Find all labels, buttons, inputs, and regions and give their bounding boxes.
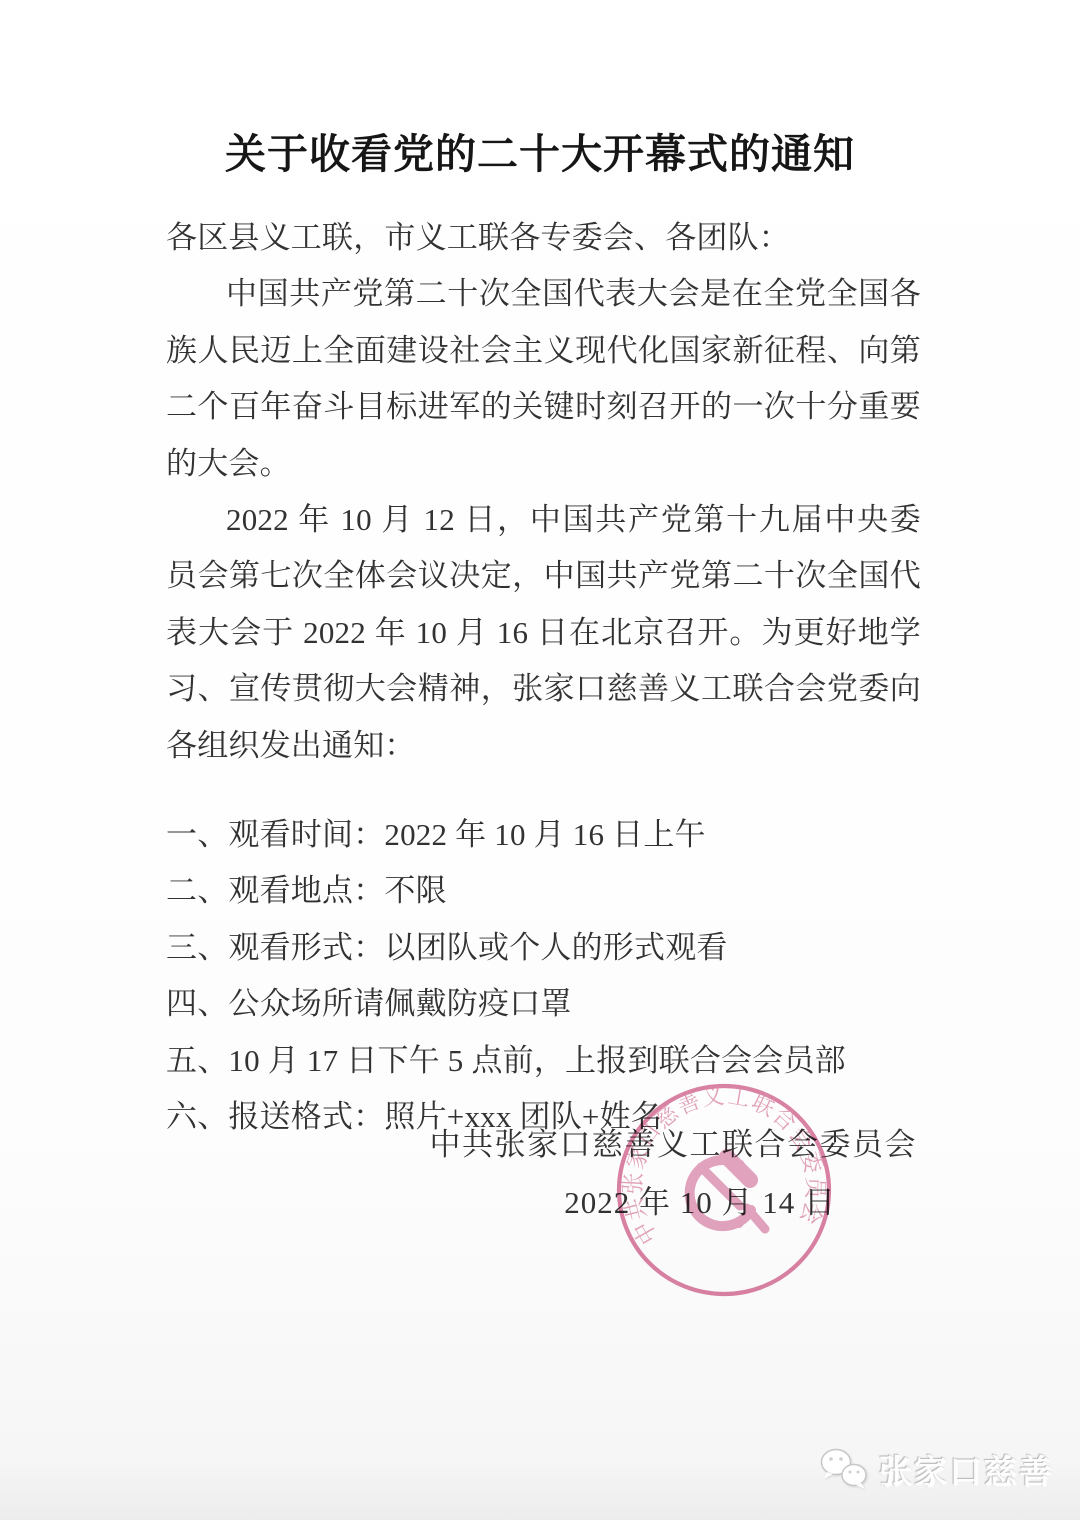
- notice-title: 关于收看党的二十大开幕式的通知: [0, 121, 1080, 180]
- signature-organization: 中共张家口慈善义工联合会委员会: [430, 1117, 918, 1173]
- signature-date: 2022 年 10 月 14 日: [564, 1175, 836, 1231]
- notice-item-5: 五、10 月 17 日下午 5 点前，上报到联合会会员部: [166, 1033, 921, 1089]
- notice-item-3: 三、观看形式：以团队或个人的形式观看: [166, 920, 921, 976]
- notice-item-4: 四、公众场所请佩戴防疫口罩: [166, 976, 921, 1032]
- notice-item-2: 二、观看地点：不限: [166, 863, 921, 919]
- notice-body: 各区县义工联，市义工联各专委会、各团队： 中国共产党第二十次全国代表大会是在全党…: [166, 210, 921, 1146]
- scanned-notice-page: 关于收看党的二十大开幕式的通知 各区县义工联，市义工联各专委会、各团队： 中国共…: [0, 0, 1080, 1520]
- notice-item-1: 一、观看时间：2022 年 10 月 16 日上午: [166, 807, 921, 863]
- watermark: 张家口慈善: [819, 1446, 1054, 1493]
- watermark-label: 张家口慈善: [879, 1446, 1054, 1493]
- paragraph: 2022 年 10 月 12 日，中国共产党第十九届中央委员会第七次全体会议决定…: [166, 492, 921, 774]
- notice-item-list: 一、观看时间：2022 年 10 月 16 日上午 二、观看地点：不限 三、观看…: [166, 807, 921, 1145]
- wechat-icon: [819, 1447, 871, 1493]
- paragraph: 中国共产党第二十次全国代表大会是在全党全国各族人民迈上全面建设社会主义现代化国家…: [166, 266, 921, 492]
- salutation-line: 各区县义工联，市义工联各专委会、各团队：: [166, 210, 921, 266]
